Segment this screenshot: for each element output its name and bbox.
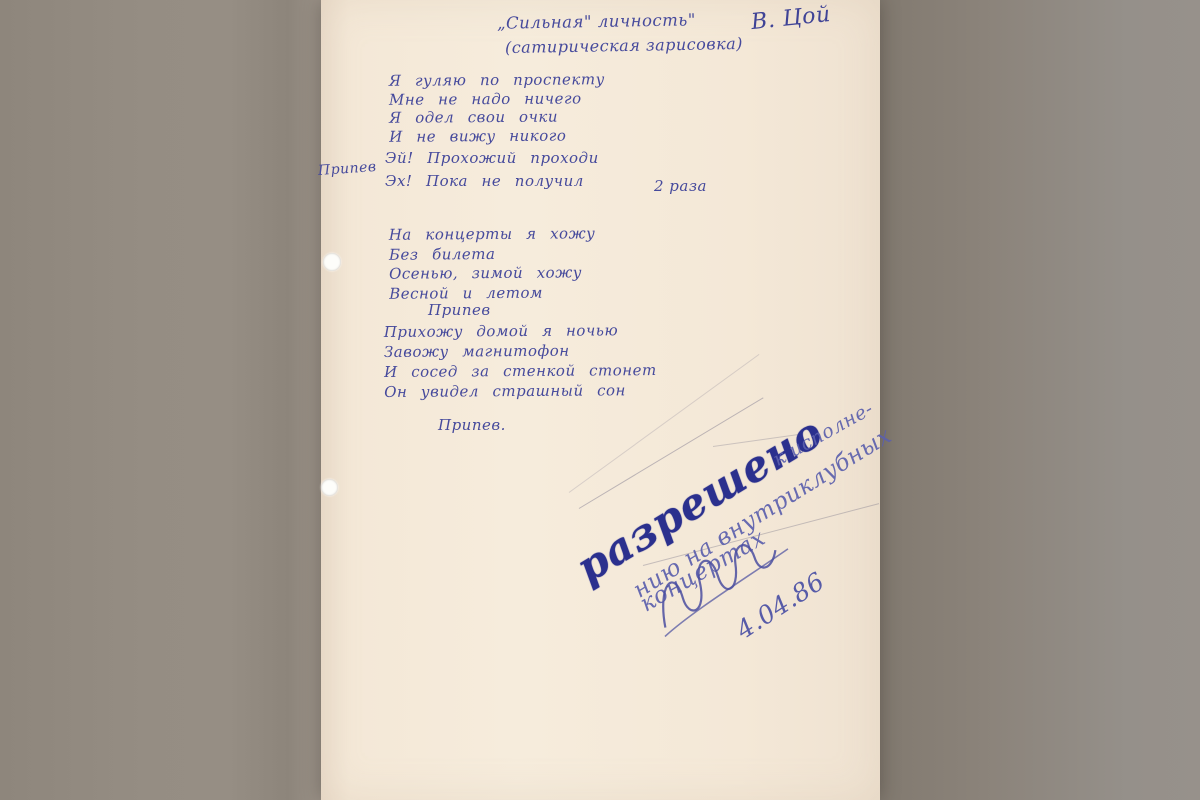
repeat-note: 2 раза bbox=[654, 177, 707, 196]
verse-line: Завожу магнитофон bbox=[384, 341, 657, 363]
verse-line: Он увидел страшный сон bbox=[384, 381, 657, 403]
verse-line: Весной и летом bbox=[389, 283, 596, 304]
verse-line: Осенью, зимой хожу bbox=[389, 263, 596, 284]
author-signature: В. Цой bbox=[750, 1, 832, 37]
chorus-label-2: Припев bbox=[428, 301, 491, 320]
manuscript-page: „Сильная" личность" (сатирическая зарисо… bbox=[321, 0, 880, 800]
verse-line: На концерты я хожу bbox=[389, 224, 596, 245]
chorus-label-3: Припев. bbox=[438, 416, 506, 435]
photo-background: „Сильная" личность" (сатирическая зарисо… bbox=[0, 0, 1200, 800]
poem-title: „Сильная" личность" bbox=[497, 10, 696, 34]
refrain-line: Эх! Пока не получил bbox=[385, 172, 599, 195]
verse-line: Я гуляю по проспекту bbox=[389, 70, 605, 90]
poem-subtitle: (сатирическая зарисовка) bbox=[505, 34, 743, 58]
refrain-block: Эй! Прохожий проходи Эх! Пока не получил bbox=[385, 149, 599, 195]
punch-hole-top bbox=[323, 253, 341, 271]
stanza-1: Я гуляю по проспекту Мне не надо ничего … bbox=[389, 70, 605, 146]
verse-line: Без билета bbox=[389, 244, 596, 265]
verse-line: Я одел свои очки bbox=[389, 107, 605, 127]
verse-line: Мне не надо ничего bbox=[389, 89, 605, 109]
verse-line: Прихожу домой я ночью bbox=[384, 321, 657, 343]
refrain-line: Эй! Прохожий проходи bbox=[385, 149, 599, 172]
stanza-3: Прихожу домой я ночью Завожу магнитофон … bbox=[384, 321, 657, 403]
punch-hole-bottom bbox=[321, 479, 338, 496]
verse-line: И сосед за стенкой стонет bbox=[384, 361, 657, 383]
refrain-margin-label: Припев bbox=[317, 159, 377, 181]
stanza-2: На концерты я хожу Без билета Осенью, зи… bbox=[389, 224, 596, 303]
verse-line: И не вижу никого bbox=[389, 126, 605, 146]
